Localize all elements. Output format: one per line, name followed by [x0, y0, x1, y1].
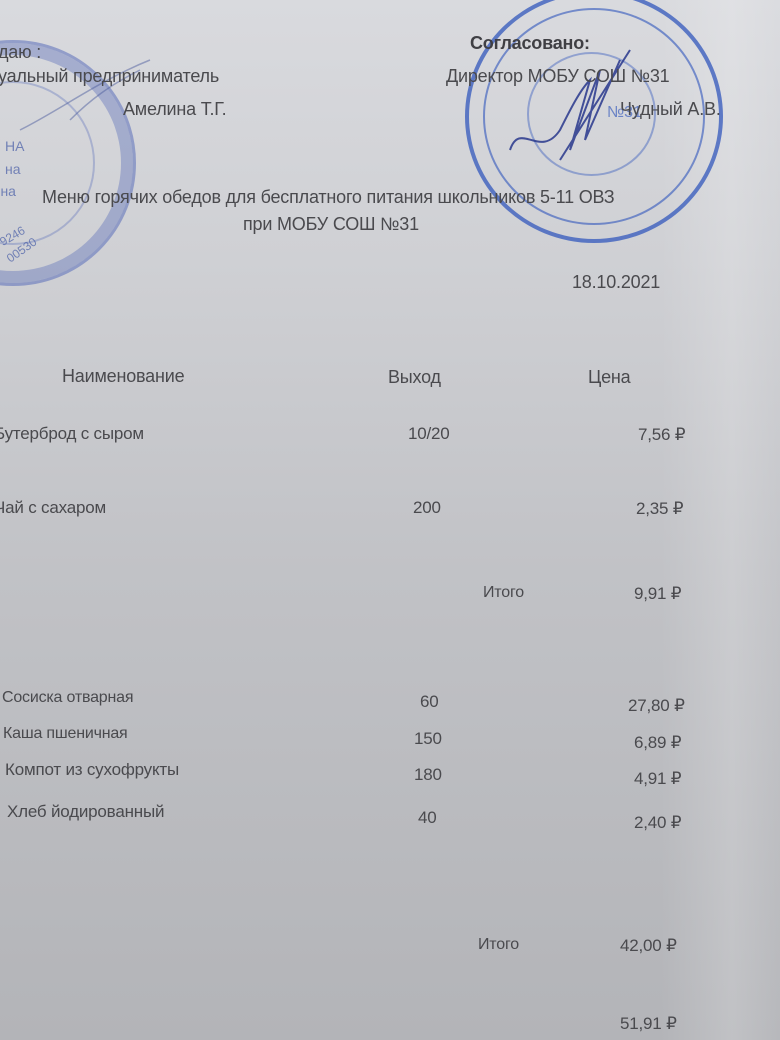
dish-portion: 180: [414, 765, 442, 785]
column-header-name: Наименование: [62, 366, 184, 387]
stamp-text: вна: [0, 183, 16, 199]
stamp-inner-ring: [0, 81, 95, 245]
approver-role: уальный предприниматель: [0, 66, 219, 87]
dish-price: 2,40 ₽: [634, 813, 681, 833]
paper-shading: [660, 0, 780, 1040]
dish-name: Чай с сахаром: [0, 498, 106, 518]
subtotal-label: Итого: [483, 584, 524, 602]
approver-name: Амелина Т.Г.: [123, 99, 226, 120]
column-header-portion: Выход: [388, 367, 441, 388]
stamp-text: 9246: [0, 223, 27, 248]
approve-label: даю :: [0, 42, 41, 63]
stamp-text: НА: [5, 138, 24, 154]
dish-portion: 150: [414, 729, 442, 749]
subtotal-label: Итого: [478, 936, 519, 954]
subtotal-value: 42,00 ₽: [620, 936, 677, 956]
dish-name: Хлеб йодированный: [7, 802, 164, 822]
dish-portion: 200: [413, 498, 441, 518]
dish-price: 4,91 ₽: [634, 769, 681, 789]
agreed-label: Согласовано:: [470, 33, 590, 54]
dish-portion: 40: [418, 808, 437, 828]
dish-portion: 60: [420, 692, 439, 712]
dish-price: 6,89 ₽: [634, 733, 681, 753]
dish-name: Сосиска отварная: [2, 689, 133, 707]
dish-name: Компот из сухофрукты: [5, 760, 179, 780]
agreed-name: Чудный А.В.: [620, 99, 721, 120]
stamp-text: 00530: [4, 235, 39, 266]
document-title: Меню горячих обедов для бесплатного пита…: [42, 187, 614, 208]
grand-total-value: 51,91 ₽: [620, 1014, 677, 1034]
menu-date: 18.10.2021: [572, 272, 660, 293]
stamp-text: на: [5, 161, 21, 177]
dish-price: 7,56 ₽: [638, 425, 685, 445]
dish-name: Каша пшеничная: [3, 725, 128, 743]
dish-portion: 10/20: [408, 424, 450, 444]
column-header-price: Цена: [588, 367, 630, 388]
document-subtitle: при МОБУ СОШ №31: [243, 214, 419, 235]
dish-name: Бутерброд с сыром: [0, 424, 144, 444]
dish-price: 2,35 ₽: [636, 499, 683, 519]
dish-price: 27,80 ₽: [628, 696, 685, 716]
agreed-role: Директор МОБУ СОШ №31: [446, 66, 669, 87]
subtotal-value: 9,91 ₽: [634, 584, 681, 604]
